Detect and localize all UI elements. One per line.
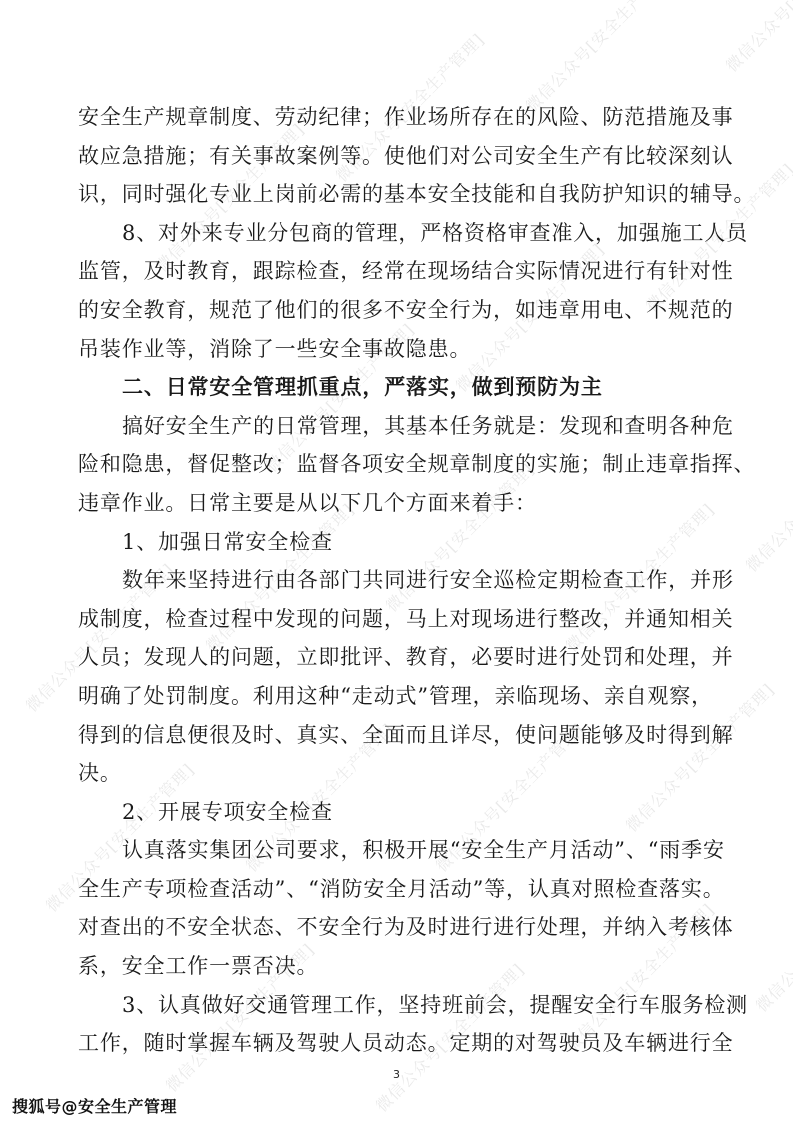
- text-line: 险和隐患，督促整改；监督各项安全规章制度的实施；制止违章指挥、: [78, 445, 718, 484]
- text-line: 人员；发现人的问题，立即批评、教育，必要时进行处罚和处理，并: [78, 638, 718, 677]
- page-number: 3: [393, 1068, 400, 1081]
- text-line: 成制度，检查过程中发现的问题，马上对现场进行整改，并通知相关: [78, 600, 718, 639]
- text-line: 对查出的不安全状态、不安全行为及时进行进行处理，并纳入考核体: [78, 908, 718, 947]
- source-watermark: 搜狐号@安全生产管理: [12, 1094, 177, 1117]
- text-line: 监管，及时教育，跟踪检查，经常在现场结合实际情况进行有针对性: [78, 252, 718, 291]
- text-line: 工作，随时掌握车辆及驾驶人员动态。定期的对驾驶员及车辆进行全: [78, 1024, 718, 1063]
- text-line: 全生产专项检查活动”、“消防安全月活动”等，认真对照检查落实。: [78, 870, 718, 909]
- text-line: 吊装作业等，消除了一些安全事故隐患。: [78, 330, 718, 369]
- watermark-text: 微信公众号[安全生产管理]: [740, 418, 793, 577]
- paragraph-start-line: 8、对外来专业分包商的管理，严格资格审查准入，加强施工人员: [78, 214, 718, 253]
- text-line: 得到的信息便很及时、真实、全面而且详尽，使问题能够及时得到解: [78, 716, 718, 755]
- text-line: 系，安全工作一票否决。: [78, 947, 718, 986]
- paragraph-start-line: 3、认真做好交通管理工作，坚持班前会，提醒安全行车服务检测: [78, 986, 718, 1025]
- document-page: 微信公众号[安全生产管理] 微信公众号[安全生产管理] 微信公众号[安全生产管理…: [0, 0, 793, 1122]
- watermark-text: 微信公众号[安全生产管理]: [750, 858, 793, 1017]
- text-line: 故应急措施；有关事故案例等。使他们对公司安全生产有比较深刻认: [78, 137, 718, 176]
- paragraph-start-line: 数年来坚持进行由各部门共同进行安全巡检定期检查工作，并形: [78, 561, 718, 600]
- text-line: 明确了处罚制度。利用这种“走动式”管理，亲临现场、亲自观察，: [78, 677, 718, 716]
- subsection-heading: 1、加强日常安全检查: [78, 523, 718, 562]
- paragraph-start-line: 搞好安全生产的日常管理，其基本任务就是：发现和查明各种危: [78, 407, 718, 446]
- subsection-heading: 2、开展专项安全检查: [78, 793, 718, 832]
- section-heading: 二、日常安全管理抓重点，严落实，做到预防为主: [78, 368, 718, 407]
- text-line: 的安全教育，规范了他们的很多不安全行为，如违章用电、不规范的: [78, 291, 718, 330]
- text-line: 安全生产规章制度、劳动纪律；作业场所存在的风险、防范措施及事: [78, 98, 718, 137]
- document-body: 安全生产规章制度、劳动纪律；作业场所存在的风险、防范措施及事 故应急措施；有关事…: [78, 98, 718, 1063]
- watermark-text: 微信公众号[安全生产管理]: [720, 0, 793, 76]
- text-line: 识，同时强化专业上岗前必需的基本安全技能和自我防护知识的辅导。: [78, 175, 718, 214]
- text-line: 决。: [78, 754, 718, 793]
- text-line: 违章作业。日常主要是从以下几个方面来着手：: [78, 484, 718, 523]
- paragraph-start-line: 认真落实集团公司要求，积极开展“安全生产月活动”、“雨季安: [78, 831, 718, 870]
